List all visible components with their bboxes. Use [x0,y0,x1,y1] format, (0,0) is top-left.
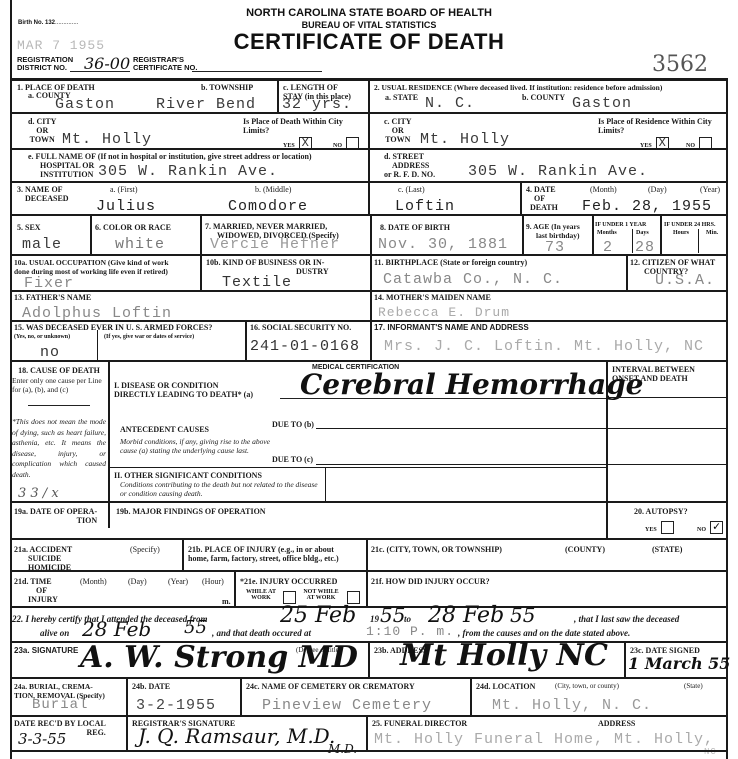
business: Textile [222,274,292,291]
mother-name: Rebecca E. Drum [378,305,510,320]
injury-month-label: (Month) [80,577,107,586]
autopsy-no[interactable]: NO ✓ [697,518,723,536]
location-state-label: (State) [684,682,703,691]
certificate-number: 3562 [652,52,708,77]
year-label: (Year) [700,185,720,194]
mother-label: 14. MOTHER'S MAIDEN NAME [374,293,491,302]
operation-date-label: 19a. DATE OF OPERA- TION [14,507,97,525]
autopsy-yes[interactable]: YES [645,518,674,536]
row-divider [10,570,728,572]
injury-m-label: m. [222,597,231,606]
death-township: River Bend [156,96,256,113]
race-label: 6. COLOR OR RACE [95,223,171,232]
divider [325,468,326,502]
due-to-c-label: DUE TO (c) [272,455,313,464]
residence-city: Mt. Holly [420,131,510,148]
board-title: NORTH CAROLINA STATE BOARD OF HEALTH [0,7,738,19]
ssn: 241-01-0168 [250,338,360,355]
due-to-b-label: DUE TO (b) [272,420,314,429]
alive-on-year: 55 [184,617,207,638]
row-divider [10,181,728,183]
divider [606,501,608,538]
hospital-label-2: HOSPITAL OR INSTITUTION [40,161,94,179]
while-at-work-label: WHILE AT WORK [244,589,278,601]
last-name-label: c. (Last) [398,185,425,194]
cause-footnote: *This does not mean the mode of dying, s… [12,417,106,480]
row-divider [10,606,728,608]
due-to-c-line [316,464,726,465]
date-of-death-label: 4. DATE OF DEATH [526,185,558,212]
death-township-label: b. TOWNSHIP [201,83,253,92]
hours-label: Hours [673,230,689,236]
accident-label: 21a. ACCIDENT SUICIDE HOMICIDE [14,545,72,572]
divider [592,216,594,254]
first-name-label: a. (First) [110,185,138,194]
length-of-stay: 32 yrs. [282,96,352,113]
armed-forces: no [40,344,60,361]
divider [632,229,633,253]
cemetery-label: 24c. NAME OF CEMETERY OR CREMATORY [246,682,415,691]
attended-from: 25 Feb [280,603,356,628]
residence-within-limits-label: Is Place of Residence Within City Limits… [598,117,712,135]
certify-line-2b: , and that death occured at [212,628,311,639]
row-divider [10,360,728,362]
margin-note: 3 3 / x [18,486,59,501]
injury-occurred-label: *21e. INJURY OCCURRED [240,577,337,586]
date-of-birth: Nov. 30, 1881 [378,236,508,253]
sex: male [22,236,62,253]
armed-forces-sub-2: (If yes, give war or dates of service) [104,334,194,340]
burial-location: Mt. Holly, N. C. [492,697,652,714]
certificate-underline [192,71,322,72]
day-label: (Day) [648,185,667,194]
row-divider [10,112,728,114]
divider [522,216,524,254]
divider [470,679,472,715]
checkbox[interactable] [283,591,296,604]
row-divider [10,254,728,256]
injury-how-label: 21f. HOW DID INJURY OCCUR? [371,577,490,586]
injury-county-label: (COUNTY) [565,545,605,554]
residence-city-label: c. CITY OR TOWN [384,117,412,144]
interval-label: INTERVAL BETWEEN ONSET AND DEATH [612,365,695,383]
divider [626,256,628,290]
row-divider [10,501,728,503]
checkbox-no[interactable]: ✓ [710,521,723,534]
injury-day-label: (Day) [128,577,147,586]
divider [97,330,98,360]
divider [182,540,184,570]
informant: Mrs. J. C. Loftin. Mt. Holly, NC [384,338,704,355]
divider [277,80,279,112]
divider [28,405,90,406]
funeral-director-extra: NC [704,747,717,757]
first-name: Julius [96,198,156,215]
residence-state-label: a. STATE [385,93,418,102]
cause-instructions: Enter only one cause per Line for (a), (… [12,376,106,394]
certify-line-1b: , that I last saw the deceased [574,614,679,625]
residence-county: Gaston [572,95,632,112]
injury-time-label: 21d. TIME OF INJURY [14,577,58,604]
months-label: Months [597,230,617,236]
other-conditions-label: II. OTHER SIGNIFICANT CONDITIONS [114,471,262,480]
divider [200,256,202,290]
divider [368,641,370,677]
birthplace: Catawba Co., N. C. [383,271,563,288]
due-to-b-line [316,428,726,429]
physician-signature: A. W. Strong MD [80,640,358,675]
district-no: 36-00 [84,54,130,73]
street-label: d. STREET ADDRESS or R. F. D. NO. [384,152,435,179]
operation-findings-label: 19b. MAJOR FINDINGS OF OPERATION [116,507,266,516]
autopsy-label: 20. AUTOPSY? [634,507,688,516]
row-divider [10,214,728,216]
disease-label: I. DISEASE OR CONDITION DIRECTLY LEADING… [114,381,253,399]
divider [108,467,606,468]
divider [234,572,236,606]
row-divider [10,538,728,540]
divider [624,641,626,677]
death-city: Mt. Holly [62,131,152,148]
funeral-address-label: ADDRESS [598,719,635,728]
antecedent-label: ANTECEDENT CAUSES [120,425,209,434]
cemetery: Pineview Cemetery [262,697,432,714]
funeral-director: Mt. Holly Funeral Home, Mt. Holly, [374,731,714,748]
citizenship: U.S.A. [655,272,715,289]
name-section-label: 3. NAME OF DECEASED [17,185,69,203]
marital-status: Vercie Hefner [210,236,340,253]
physician-address: Mt Holly NC [400,638,608,673]
attended-to-year: 55 [510,603,535,627]
armed-forces-sub-1: (Yes, no, or unknown) [14,334,70,340]
residence-street: 305 W. Rankin Ave. [468,163,648,180]
birthplace-label: 11. BIRTHPLACE (State or foreign country… [374,258,527,267]
row-divider [10,148,728,150]
divider [370,216,372,254]
location-label: 24d. LOCATION [476,682,535,691]
antecedent-sub: Morbid conditions, if any, giving rise t… [120,437,270,455]
death-within-limits-label: Is Place of Death Within City Limits? [243,117,343,135]
row-divider [10,677,728,679]
divider [520,181,522,215]
injury-place-label: 21b. PLACE OF INJURY (e.g., in or about … [188,545,339,563]
registrar-certificate-label: REGISTRAR'S CERTIFICATE NO. [133,56,197,72]
row-divider [10,320,728,322]
residence-county-label: b. COUNTY [522,93,565,102]
divider [108,362,110,528]
under-day-label: IF UNDER 24 HRS. [664,222,715,228]
informant-label: 17. INFORMANT'S NAME AND ADDRESS [374,323,529,332]
middle-name: Comodore [228,198,308,215]
divider [370,256,372,290]
burial-date-label: 24b. DATE [132,682,170,691]
death-city-label: d. CITY OR TOWN [28,117,56,144]
divider [240,679,242,715]
hospital-address: 305 W. Rankin Ave. [98,163,278,180]
registrar-signature-extra: M.D. [328,742,357,756]
divider [660,216,662,254]
registrar-signature: J. Q. Ramsaur, M.D. [138,724,335,748]
sex-label: 5. SEX [17,223,41,232]
divider [370,322,372,360]
divider [200,216,202,254]
residence-state: N. C. [425,95,475,112]
last-name: Loftin [395,198,455,215]
date-received: 3-3-55 [18,730,66,748]
ssn-label: 16. SOCIAL SECURITY NO. [250,323,351,332]
disease: Cerebral Hemorrhage [300,368,644,401]
age-label: 9. AGE (In years last birthday) [526,222,580,240]
days-label: Days [636,230,649,236]
injury-year-label: (Year) [168,577,188,586]
row-divider [10,715,728,717]
hospital-label-1: e. FULL NAME OF (If not in hospital or i… [28,152,312,161]
time-of-death: 1:10 P. m. [366,624,454,639]
checkbox[interactable] [347,591,360,604]
divider [698,229,699,253]
divider [245,322,247,360]
location-sub-label: (City, town, or county) [555,682,619,691]
divider [366,572,368,606]
date-of-death: Feb. 28, 1955 [582,198,712,215]
death-county: Gaston [55,96,115,113]
burial-date: 3-2-1955 [136,697,216,714]
alive-on: 28 Feb [82,617,151,641]
row-divider [10,290,728,292]
registration-district-label: REGISTRATION DISTRICT NO. [17,56,73,72]
father-label: 13. FATHER'S NAME [14,293,91,302]
divider [90,216,92,254]
other-conditions-sub: Conditions contributing to the death but… [120,480,320,498]
under-year-label: IF UNDER 1 YEAR [595,222,646,228]
injury-city-label: 21c. (CITY, TOWN, OR TOWNSHIP) [371,545,502,554]
dob-label: 8. DATE OF BIRTH [380,223,450,232]
disposition: Burial [32,697,88,713]
min-label: Min. [706,230,718,236]
cause-section-label: 18. CAUSE OF DEATH [14,366,104,375]
bottom-border [10,750,728,752]
alive-on-label: alive on [40,628,69,639]
divider [606,397,726,398]
not-while-at-work-label: NOT WHILE AT WORK [300,589,342,601]
residence-label: 2. USUAL RESIDENCE (Where deceased lived… [374,83,662,92]
armed-forces-label: 15. WAS DECEASED EVER IN U. S. ARMED FOR… [14,323,212,332]
divider [370,292,372,320]
page-title: CERTIFICATE OF DEATH [0,29,738,55]
divider [366,717,368,751]
accident-specify-label: (Specify) [130,545,160,554]
date-signed: 1 March 55 [628,654,730,673]
col-divider [368,80,370,214]
checkbox-yes[interactable] [661,521,674,534]
injury-state-label: (STATE) [652,545,682,554]
divider [366,540,368,570]
middle-name-label: b. (Middle) [255,185,291,194]
race: white [115,236,165,253]
month-label: (Month) [590,185,617,194]
injury-hour-label: (Hour) [202,577,224,586]
signature-label: 23a. SIGNATURE [14,646,78,655]
received-stamp: MAR 7 1955 [17,38,105,53]
funeral-director-label: 25. FUNERAL DIRECTOR [372,719,467,728]
occupation-label: 10a. USUAL OCCUPATION (Give kind of work… [14,258,169,276]
